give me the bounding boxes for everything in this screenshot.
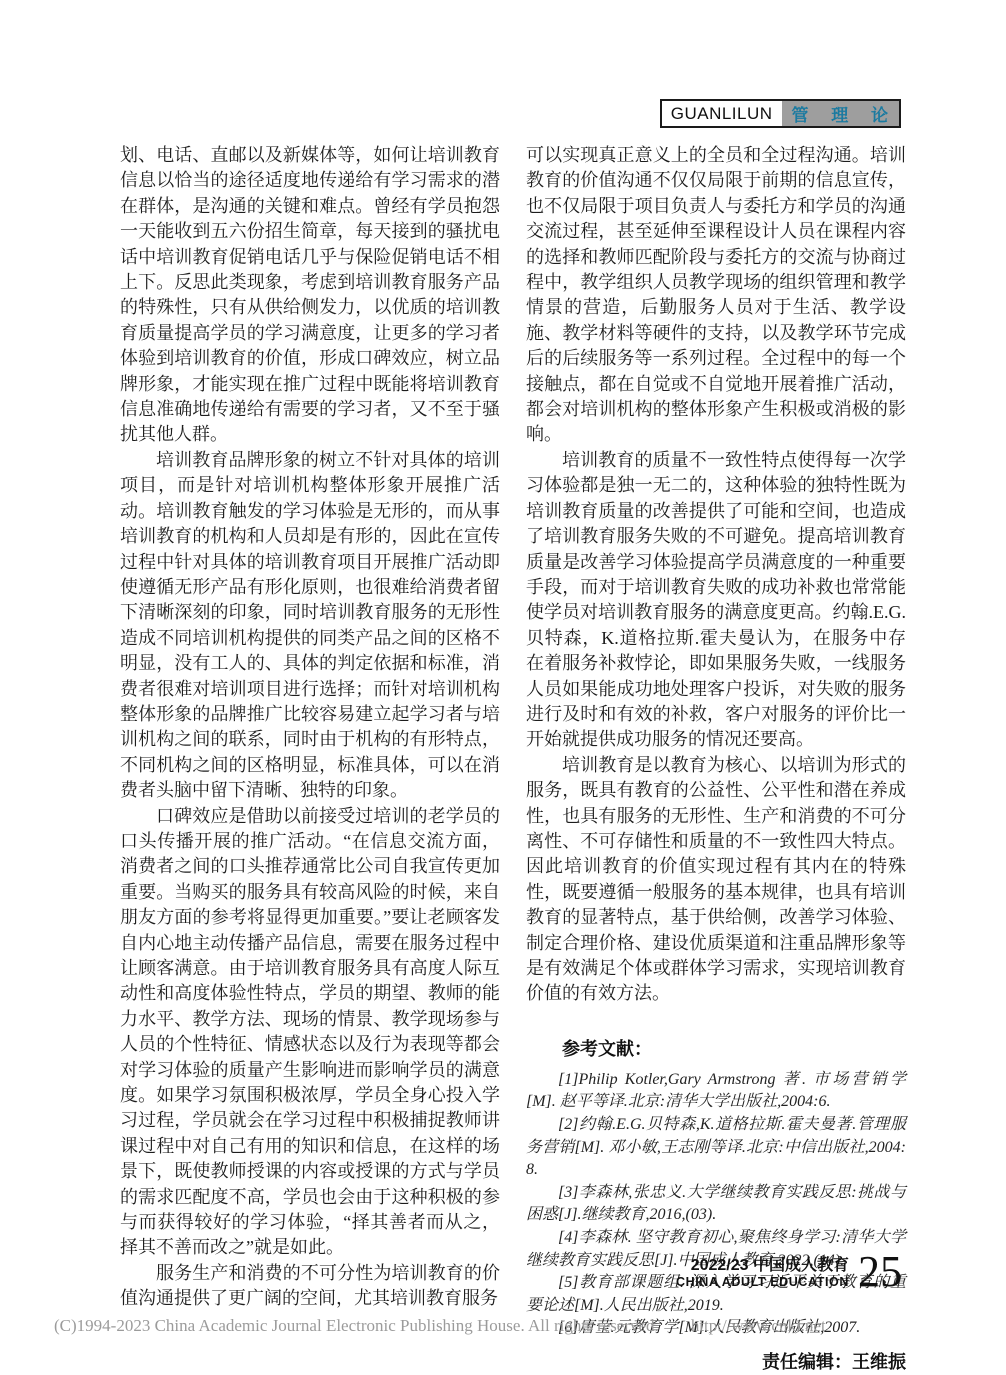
copyright-text: (C)1994-2023 China Academic Journal Elec… [54, 1316, 659, 1335]
article-body: 划、电话、直邮以及新媒体等，如何让培训教育信息以恰当的途径适度地传递给有学习需求… [120, 143, 907, 1375]
body-paragraph: 培训教育是以教育为核心、以培训为形式的服务，既具有教育的公益性、公平性和潜在养成… [526, 753, 906, 1007]
body-paragraph: 培训教育的质量不一致性特点使得每一次学习体验都是独一无二的，这种体验的独特性既为… [526, 448, 906, 753]
badge-cn-label: 管 理 论 [782, 101, 899, 126]
journal-title-cn: 2022/23 中国成人教育 [676, 1256, 849, 1275]
badge-latin-label: GUANLILUN [662, 101, 782, 126]
body-paragraph: 服务生产和消费的不可分性为培训教育的价值沟通提供了更广阔的空间，尤其培训教育服务 [120, 1261, 500, 1312]
body-paragraph: 培训教育品牌形象的树立不针对具体的培训项目，而是针对培训机构整体形象开展推广活动… [120, 448, 500, 804]
journal-title-block: 2022/23 中国成人教育 CHINA ADULT EDUCATION [676, 1256, 849, 1289]
section-badge: GUANLILUN 管 理 论 [660, 99, 901, 128]
right-column: 可以实现真正意义上的全员和全过程沟通。培训教育的价值沟通不仅仅局限于前期的信息宣… [526, 143, 906, 1375]
editor-credit: 责任编辑：王维振 [526, 1350, 906, 1375]
references-heading: 参考文献： [562, 1035, 906, 1061]
left-column: 划、电话、直邮以及新媒体等，如何让培训教育信息以恰当的途径适度地传递给有学习需求… [120, 143, 500, 1375]
body-paragraph: 口碑效应是借助以前接受过培训的老学员的口头传播开展的推广活动。“在信息交流方面，… [120, 804, 500, 1261]
reference-item: [3]李森林,张忠义.大学继续教育实践反思:挑战与困惑[J].继续教育,2016… [526, 1182, 906, 1227]
copyright-line: (C)1994-2023 China Academic Journal Elec… [54, 1316, 826, 1336]
journal-page: GUANLILUN 管 理 论 划、电话、直邮以及新媒体等，如何让培训教育信息以… [0, 0, 1006, 1375]
reference-item: [2]约翰.E.G.贝特森,K.道格拉斯.霍夫曼著.管理服务营销[M]. 邓小敏… [526, 1114, 906, 1182]
reference-item: [1]Philip Kotler,Gary Armstrong 著. 市场营销学… [526, 1069, 906, 1114]
cnki-url: http://www.cnki.net [691, 1316, 826, 1335]
body-paragraph: 划、电话、直邮以及新媒体等，如何让培训教育信息以恰当的途径适度地传递给有学习需求… [120, 143, 500, 448]
body-paragraph: 可以实现真正意义上的全员和全过程沟通。培训教育的价值沟通不仅仅局限于前期的信息宣… [526, 143, 906, 448]
journal-footer: 2022/23 中国成人教育 CHINA ADULT EDUCATION 25 [676, 1252, 902, 1292]
page-number: 25 [858, 1252, 902, 1292]
journal-title-en: CHINA ADULT EDUCATION [676, 1275, 849, 1289]
